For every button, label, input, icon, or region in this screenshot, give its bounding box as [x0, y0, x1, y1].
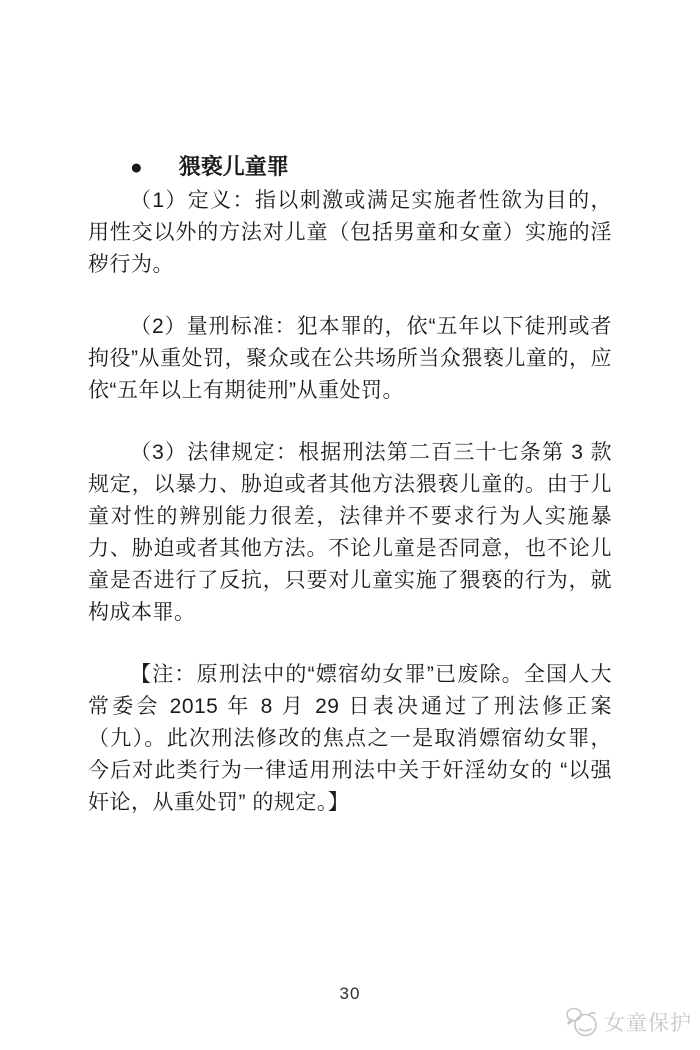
section-title: ●猥亵儿童罪 — [88, 151, 612, 184]
watermark-label: 女童保护 — [604, 1007, 692, 1037]
girl-protection-logo-icon — [565, 1005, 599, 1038]
sentencing-paragraph: （2）量刑标准：犯本罪的，依“五年以下徒刑或者拘役”从重处罚，聚众或在公共场所当… — [88, 311, 612, 407]
page-number: 30 — [88, 984, 612, 1004]
bullet-icon: ● — [130, 152, 143, 184]
note-paragraph: 【注：原刑法中的“嫖宿幼女罪”已废除。全国人大常委会 2015 年 8 月 29… — [88, 659, 612, 819]
definition-paragraph: （1）定义：指以刺激或满足实施者性欲为目的，用性交以外的方法对儿童（包括男童和女… — [88, 185, 612, 281]
section-title-text: 猥亵儿童罪 — [179, 154, 289, 179]
watermark: 女童保护 — [565, 1005, 692, 1038]
text-block: ●猥亵儿童罪 （1）定义：指以刺激或满足实施者性欲为目的，用性交以外的方法对儿童… — [88, 151, 612, 819]
document-page: ●猥亵儿童罪 （1）定义：指以刺激或满足实施者性欲为目的，用性交以外的方法对儿童… — [0, 0, 700, 1050]
legal-provision-paragraph: （3）法律规定：根据刑法第二百三十七条第 3 款规定，以暴力、胁迫或者其他方法猥… — [88, 437, 612, 629]
